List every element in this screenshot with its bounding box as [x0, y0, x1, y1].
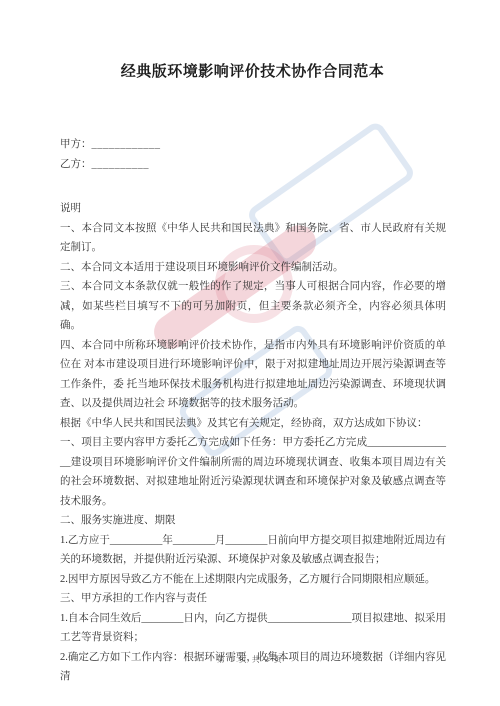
clause-schedule-item-2: 2.因甲方原因导致乙方不能在上述期限内完成服务，乙方履行合同期限相应顺延。 — [60, 570, 446, 590]
document-title: 经典版环境影响评价技术协作合同范本 — [60, 62, 445, 82]
clause-schedule-heading: 二、服务实施进度、期限 — [60, 511, 446, 531]
notes-heading: 说明 — [60, 199, 446, 219]
party-b-line: 乙方：__________ — [60, 155, 445, 175]
page-number: 第 1 页 共 3 页 — [217, 655, 284, 664]
contract-text: 说明 一、本合同文本按照《中华人民共和国民法典》和国务院、省、市人民政府有关规定… — [60, 199, 446, 687]
party-a-blank: ____________ — [92, 139, 161, 150]
note-paragraph-1: 一、本合同文本按照《中华人民共和国民法典》和国务院、省、市人民政府有关规定制订。 — [60, 219, 446, 258]
party-b-label: 乙方： — [60, 159, 92, 170]
document-body: 经典版环境影响评价技术协作合同范本 甲方：____________ 乙方：___… — [0, 62, 500, 687]
clause-party-a-duty-1: 1.自本合同生效后________日内，向乙方提供_______________… — [60, 609, 446, 648]
party-a-label: 甲方： — [60, 139, 92, 150]
contract-page: 经典版环境影响评价技术协作合同范本 甲方：____________ 乙方：___… — [0, 0, 500, 706]
note-paragraph-4: 四、本合同中所称环境影响评价技术协作，是指市内外具有环境影响评价资质的单位在 对… — [60, 336, 446, 414]
clause-schedule-item-1: 1.乙方应于__________年________月________日前向甲方提… — [60, 531, 446, 570]
party-b-blank: __________ — [92, 159, 150, 170]
clause-project-content: 一、项目主要内容甲方委托乙方完成如下任务：甲方委托乙方完成___________… — [60, 433, 446, 511]
note-paragraph-2: 二、本合同文本适用于建设项目环境影响评价文件编制活动。 — [60, 258, 446, 278]
clause-party-a-duties-heading: 三、甲方承担的工作内容与责任 — [60, 589, 446, 609]
parties-block: 甲方：____________ 乙方：__________ — [60, 135, 445, 175]
agreement-intro: 根据《中华人民共和国民法典》及其它有关规定，经协商，双方达成如下协议： — [60, 414, 446, 434]
party-a-line: 甲方：____________ — [60, 135, 445, 155]
note-paragraph-3: 三、本合同文本条款仅就一般性的作了规定，当事人可根据合同内容，作必要的增减，如某… — [60, 277, 446, 336]
page-footer: 第 1 页 共 3 页 — [0, 649, 500, 667]
